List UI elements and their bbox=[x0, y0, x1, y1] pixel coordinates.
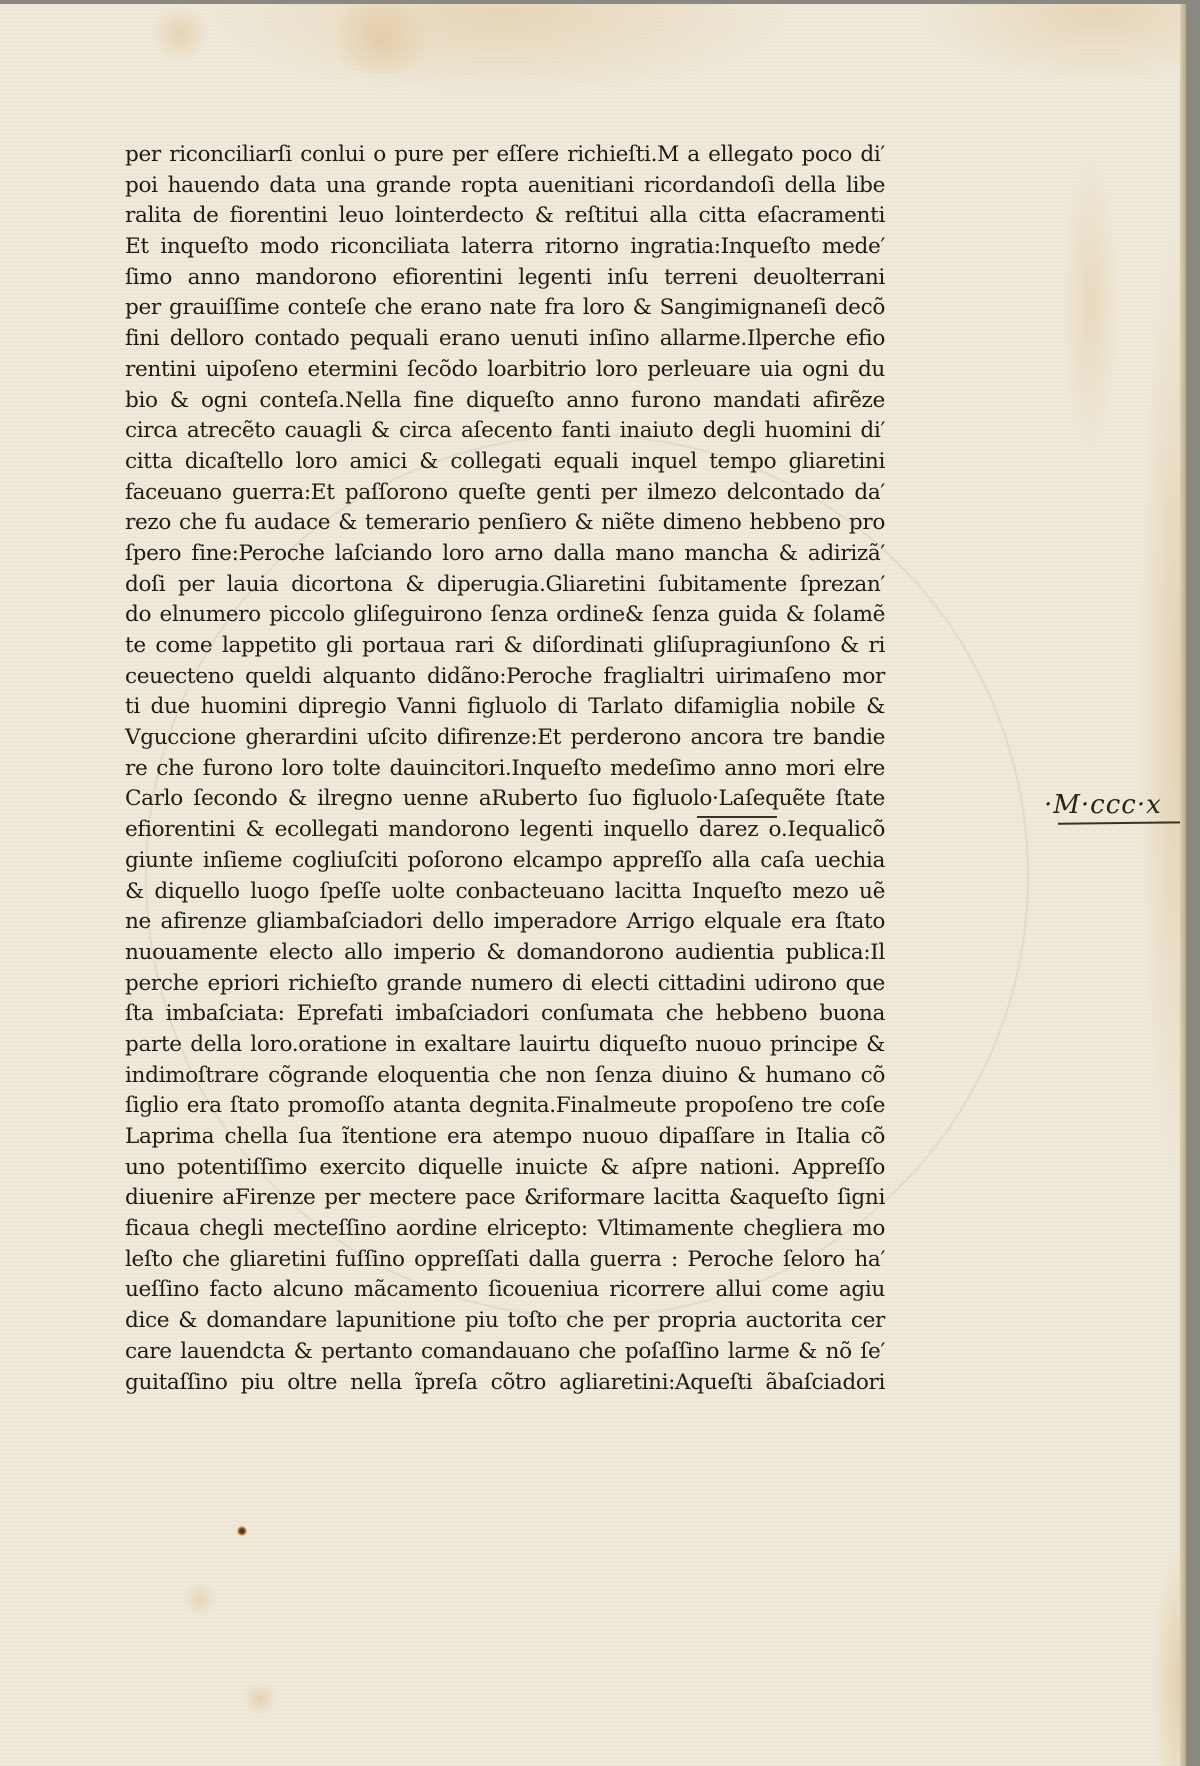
text-line: leſto che gliaretini fuſſino oppreſſati … bbox=[125, 1245, 885, 1276]
page-edge bbox=[1180, 4, 1186, 1766]
foxing-spot bbox=[320, 4, 440, 74]
margin-annotation: ·M·ccc·x bbox=[1044, 790, 1162, 820]
text-line: ceuecteno queldi alquanto didãno:Peroche… bbox=[125, 662, 885, 693]
text-line: dice & domandare lapunitione piu toſto c… bbox=[125, 1306, 885, 1337]
text-line: doſi per lauia dicortona & diperugia.Gli… bbox=[125, 570, 885, 601]
text-line: per grauiſſime conteſe che erano nate fr… bbox=[125, 293, 885, 324]
text-line: ueſſino facto alcuno mãcamento ſicoueniu… bbox=[125, 1275, 885, 1306]
text-line: rentini uipoſeno etermini ſecõdo loarbit… bbox=[125, 355, 885, 386]
text-line: ti due huomini dipregio Vanni figluolo d… bbox=[125, 692, 885, 723]
text-line: Vguccione gherardini uſcito difirenze:Et… bbox=[125, 723, 885, 754]
text-line: nuouamente electo allo imperio & domando… bbox=[125, 938, 885, 969]
text-line: uno potentiſſimo exercito diquelle inuic… bbox=[125, 1153, 885, 1184]
foxing-spot bbox=[180, 1584, 220, 1614]
margin-annotation-underline bbox=[1058, 821, 1186, 824]
text-line: care lauendcta & pertanto comandauano ch… bbox=[125, 1337, 885, 1368]
text-line: faceuano guerra:Et paſſorono queſte gent… bbox=[125, 478, 885, 509]
text-line: ſta imbaſciata: Eprefati imbaſciadori co… bbox=[125, 999, 885, 1030]
book-page: per riconciliarſi conlui o pure per eſſe… bbox=[0, 4, 1186, 1766]
text-line: Et inqueſto modo riconciliata laterra ri… bbox=[125, 232, 885, 263]
text-line: indimoſtrare cõgrande eloquentia che non… bbox=[125, 1061, 885, 1092]
text-line: ſimo anno mandorono efiorentini legenti … bbox=[125, 263, 885, 294]
text-line: diuenire aFirenze per mectere pace &rifo… bbox=[125, 1183, 885, 1214]
text-line: te come lappetito gli portaua rari & diſ… bbox=[125, 631, 885, 662]
text-line: rezo che fu audace & temerario penſiero … bbox=[125, 508, 885, 539]
text-line: poi hauendo data una grande ropta auenit… bbox=[125, 171, 885, 202]
text-line: Laprima chella ſua ĩtentione era atempo … bbox=[125, 1122, 885, 1153]
text-line: efiorentini & ecollegati mandorono legen… bbox=[125, 815, 885, 846]
text-line: & diquello luogo ſpeſſe uolte conbacteua… bbox=[125, 877, 885, 908]
text-line: ſpero fine:Peroche laſciando loro arno d… bbox=[125, 539, 885, 570]
foxing-spot bbox=[237, 1526, 247, 1536]
text-line: ficaua chegli mecteſſino aordine elricep… bbox=[125, 1214, 885, 1245]
text-line: citta dicaſtello loro amici & collegati … bbox=[125, 447, 885, 478]
body-text: per riconciliarſi conlui o pure per eſſe… bbox=[125, 140, 885, 1398]
text-line: ſiglio era ſtato promoſſo atanta degnita… bbox=[125, 1091, 885, 1122]
text-line: parte della loro.oratione in exaltare la… bbox=[125, 1030, 885, 1061]
text-line: per riconciliarſi conlui o pure per eſſe… bbox=[125, 140, 885, 171]
text-line: giunte inſieme cogliuſciti poſorono elca… bbox=[125, 846, 885, 877]
text-line: guitaſſino piu oltre nella ĩpreſa cõtro … bbox=[125, 1368, 885, 1399]
foxing-spot bbox=[1060, 154, 1120, 454]
text-line: ralita de fiorentini leuo lointerdecto &… bbox=[125, 201, 885, 232]
text-line: fini delloro contado pequali erano uenut… bbox=[125, 324, 885, 355]
handwritten-underline bbox=[697, 816, 777, 818]
text-line: re che furono loro tolte dauincitori.Inq… bbox=[125, 754, 885, 785]
text-line: Carlo ſecondo & ilregno uenne aRuberto ſ… bbox=[125, 784, 885, 815]
text-line: ne afirenze gliambaſciadori dello impera… bbox=[125, 907, 885, 938]
foxing-spot bbox=[150, 4, 210, 64]
text-line: perche epriori richieſto grande numero d… bbox=[125, 969, 885, 1000]
foxing-spot bbox=[240, 1684, 280, 1714]
text-line: circa atrecẽto cauagli & circa aſecento … bbox=[125, 416, 885, 447]
text-line: bio & ogni conteſa.Nella fine diqueſto a… bbox=[125, 386, 885, 417]
text-line: do elnumero piccolo gliſeguirono ſenza o… bbox=[125, 600, 885, 631]
